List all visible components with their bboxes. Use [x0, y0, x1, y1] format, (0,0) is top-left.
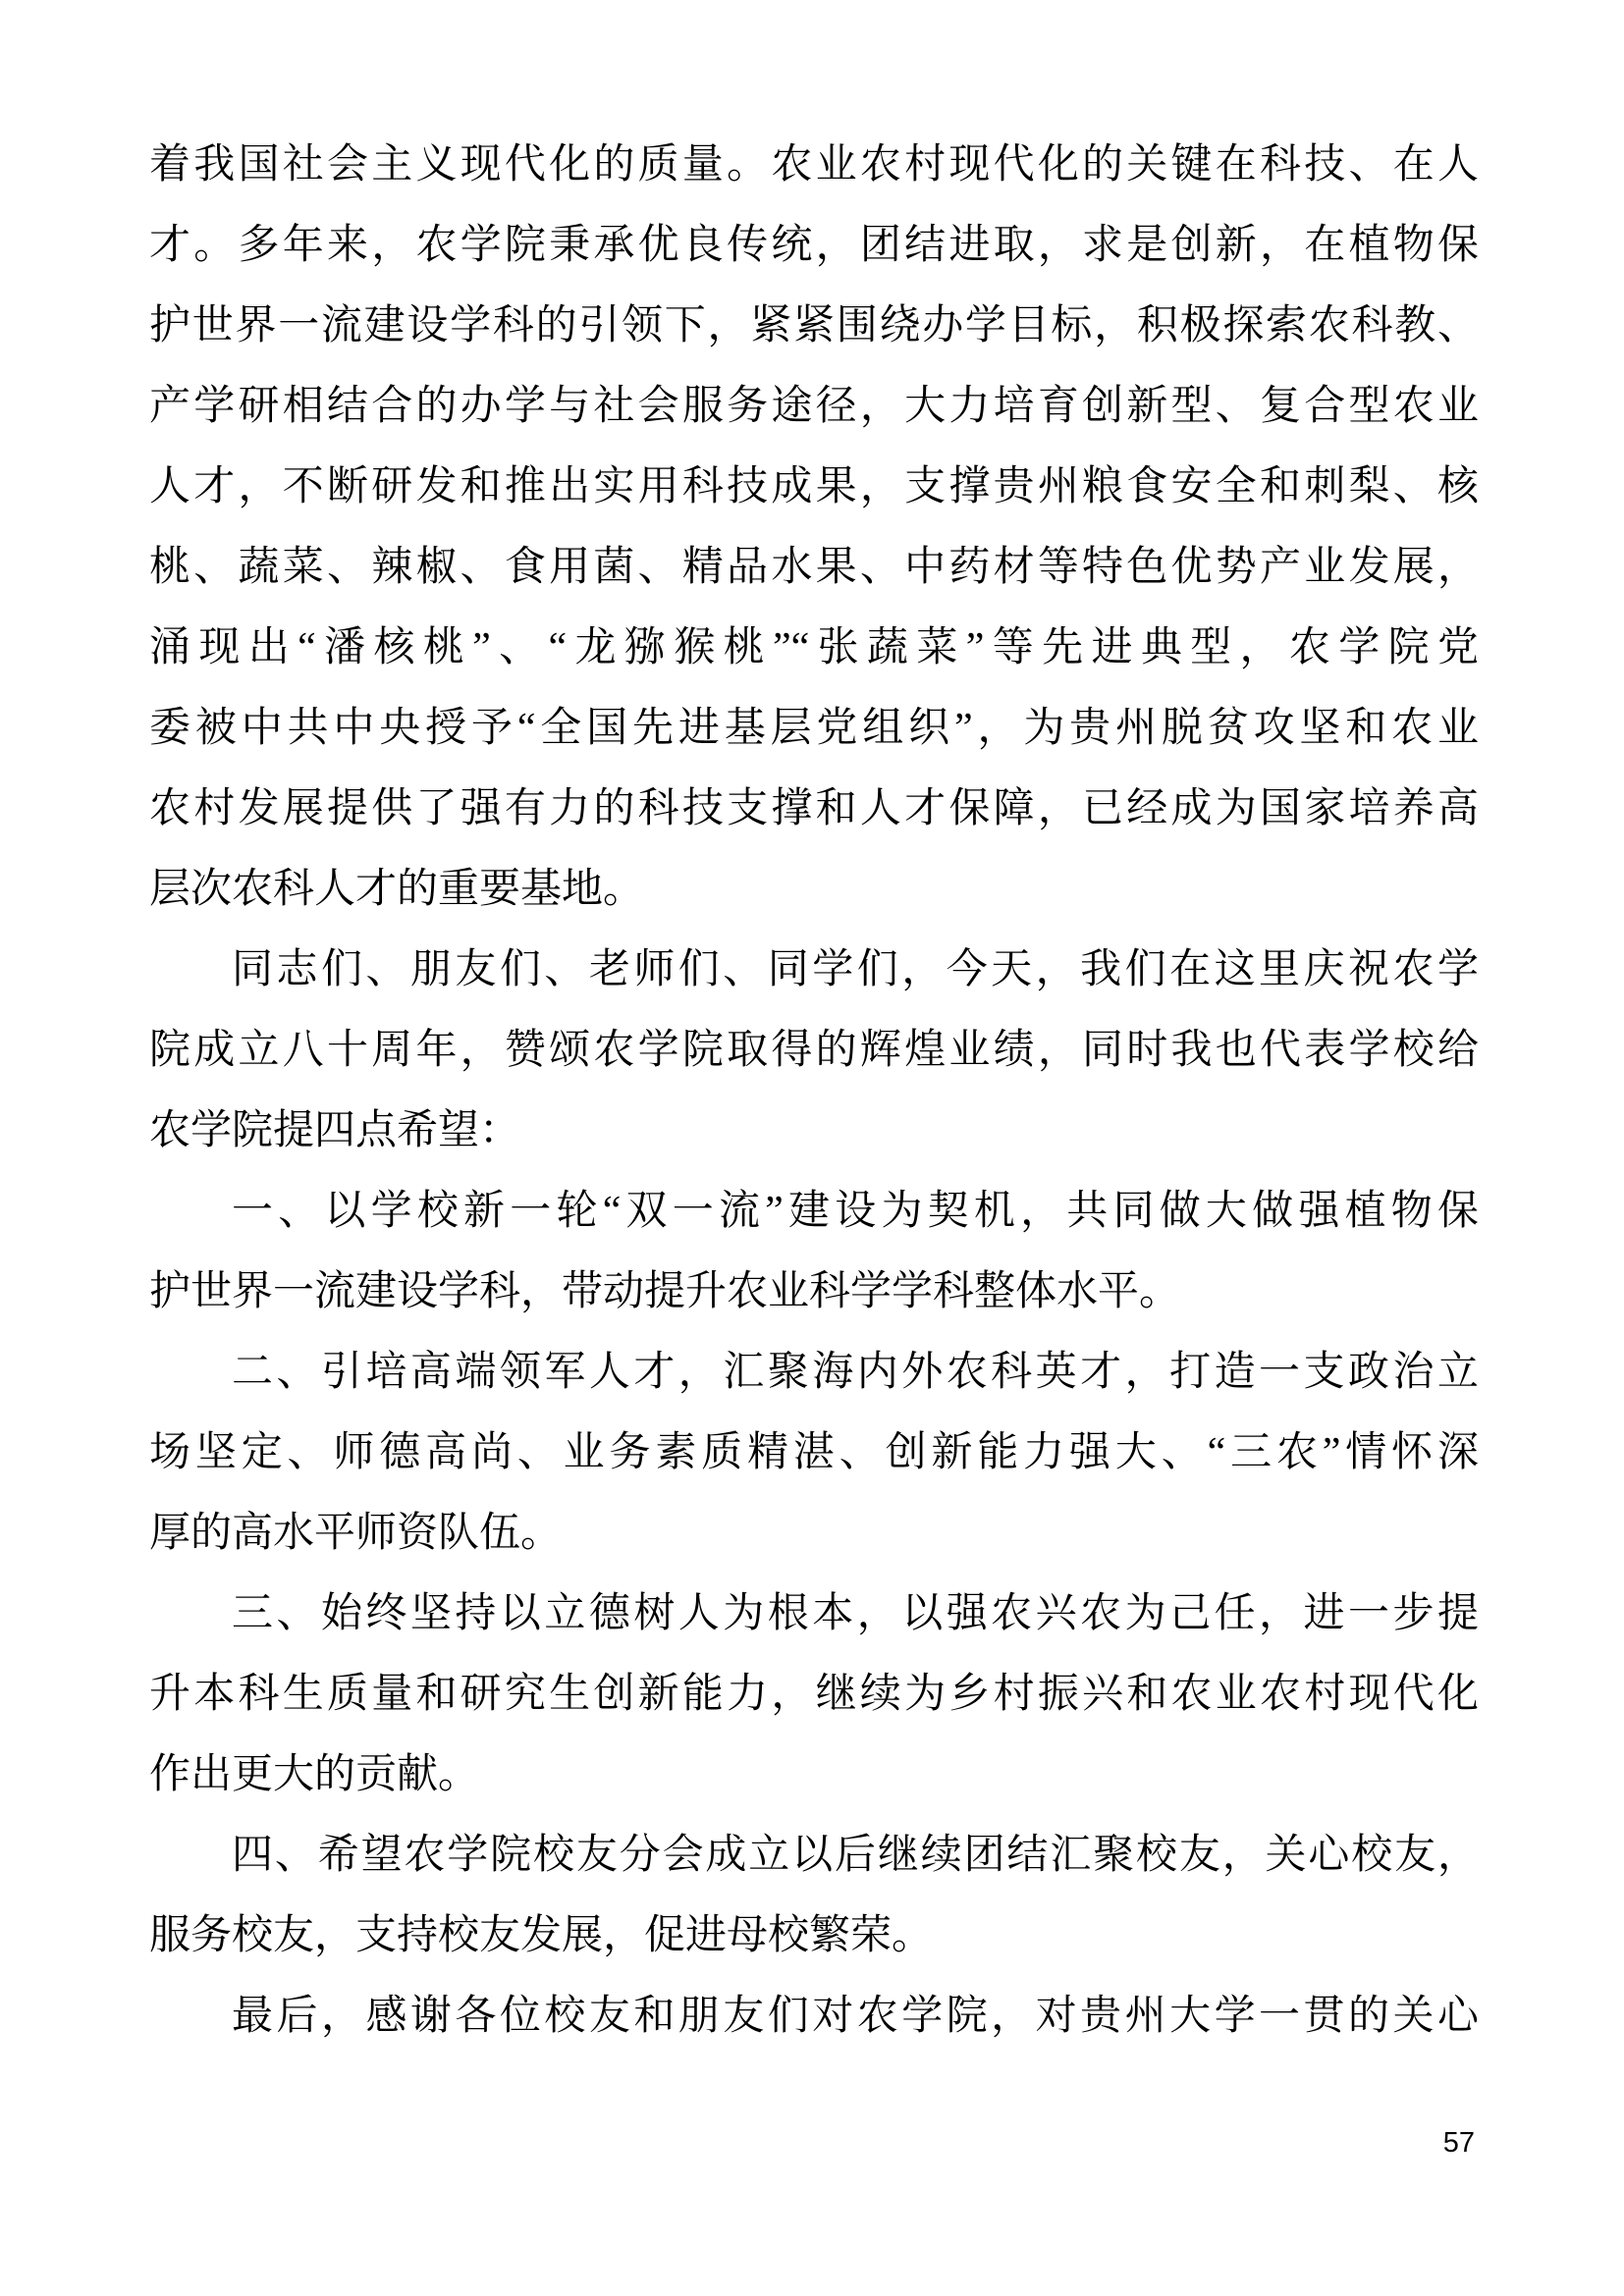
text-line: 农学院提四点希望： — [149, 1091, 1479, 1171]
text-line: 产学研相结合的办学与社会服务途径，大力培育创新型、复合型农业 — [149, 366, 1479, 447]
text-line: 厚的高水平师资队伍。 — [149, 1493, 1479, 1574]
text-line: 人才，不断研发和推出实用科技成果，支撑贵州粮食安全和刺梨、核 — [149, 447, 1479, 527]
text-line: 升本科生质量和研究生创新能力，继续为乡村振兴和农业农村现代化 — [149, 1654, 1479, 1735]
text-line: 一、以学校新一轮“双一流”建设为契机，共同做大做强植物保 — [149, 1171, 1479, 1252]
text-line: 护世界一流建设学科，带动提升农业科学学科整体水平。 — [149, 1252, 1479, 1332]
text-line: 农村发展提供了强有力的科技支撑和人才保障，已经成为国家培养高 — [149, 769, 1479, 849]
text-line: 着我国社会主义现代化的质量。农业农村现代化的关键在科技、在人 — [149, 125, 1479, 205]
text-line: 二、引培高端领军人才，汇聚海内外农科英才，打造一支政治立 — [149, 1332, 1479, 1413]
text-line: 桃、蔬菜、辣椒、食用菌、精品水果、中药材等特色优势产业发展， — [149, 527, 1479, 608]
text-line: 委被中共中央授予“全国先进基层党组织”，为贵州脱贫攻坚和农业 — [149, 688, 1479, 769]
text-line: 三、始终坚持以立德树人为根本，以强农兴农为己任，进一步提 — [149, 1574, 1479, 1654]
text-line: 同志们、朋友们、老师们、同学们，今天，我们在这里庆祝农学 — [149, 930, 1479, 1010]
document-page: 着我国社会主义现代化的质量。农业农村现代化的关键在科技、在人才。多年来，农学院秉… — [0, 0, 1624, 2296]
text-line: 院成立八十周年，赞颂农学院取得的辉煌业绩，同时我也代表学校给 — [149, 1010, 1479, 1091]
text-line: 最后，感谢各位校友和朋友们对农学院，对贵州大学一贯的关心 — [149, 1976, 1479, 2056]
text-line: 服务校友，支持校友发展，促进母校繁荣。 — [149, 1896, 1479, 1976]
document-body: 着我国社会主义现代化的质量。农业农村现代化的关键在科技、在人才。多年来，农学院秉… — [149, 125, 1479, 2056]
text-line: 场坚定、师德高尚、业务素质精湛、创新能力强大、“三农”情怀深 — [149, 1413, 1479, 1493]
text-line: 作出更大的贡献。 — [149, 1735, 1479, 1815]
text-line: 层次农科人才的重要基地。 — [149, 849, 1479, 930]
text-line: 四、希望农学院校友分会成立以后继续团结汇聚校友，关心校友， — [149, 1815, 1479, 1896]
page-number: 57 — [1443, 2126, 1475, 2160]
text-line: 涌现出“潘核桃”、“龙猕猴桃”“张蔬菜”等先进典型，农学院党 — [149, 608, 1479, 688]
text-line: 才。多年来，农学院秉承优良传统，团结进取，求是创新，在植物保 — [149, 205, 1479, 286]
text-line: 护世界一流建设学科的引领下，紧紧围绕办学目标，积极探索农科教、 — [149, 286, 1479, 366]
